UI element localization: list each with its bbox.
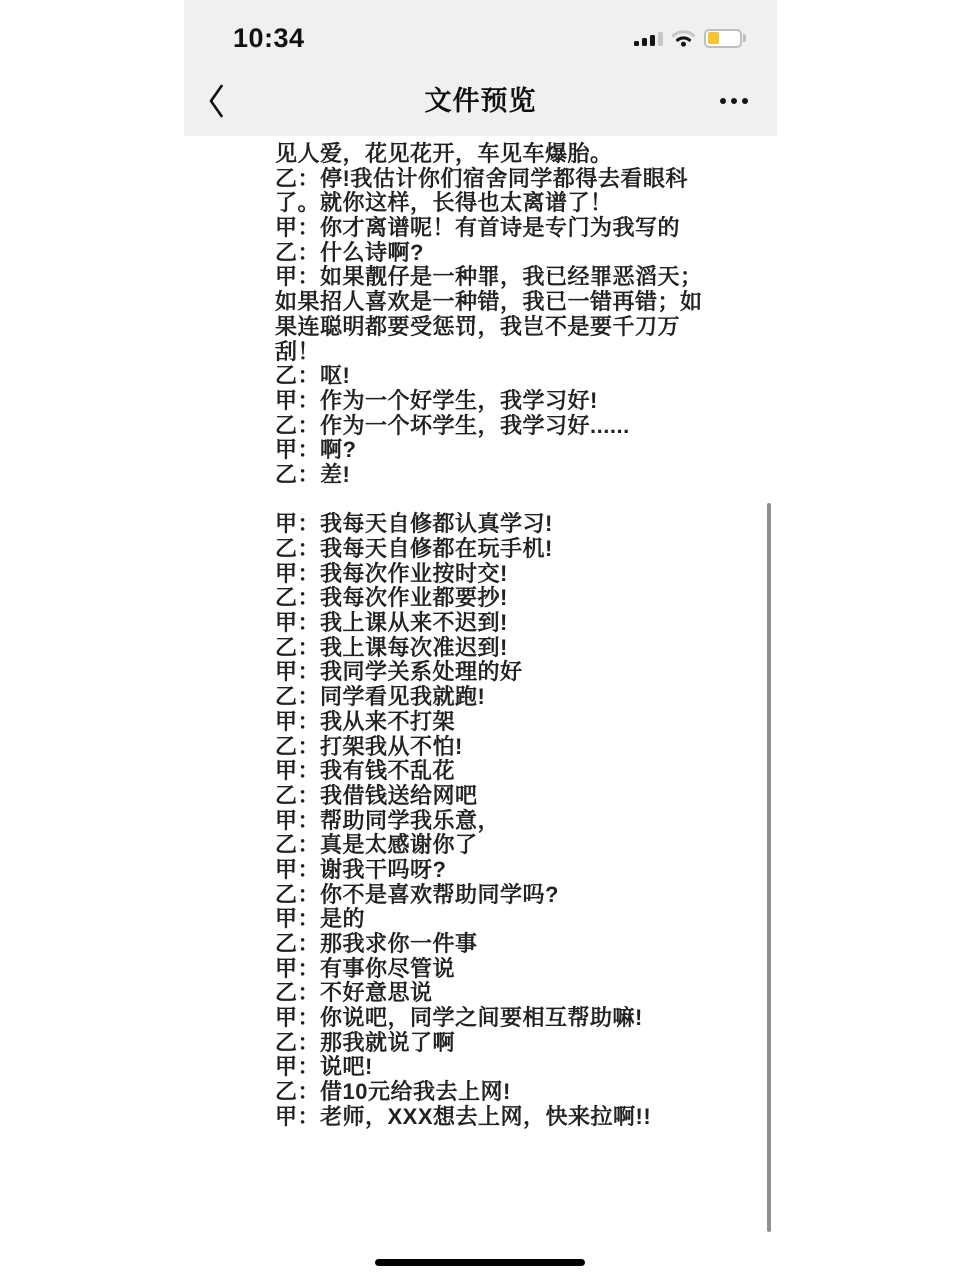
document-line: 甲：如果靓仔是一种罪，我已经罪恶滔天； <box>275 265 777 290</box>
document-line: 乙：借10元给我去上网! <box>275 1080 777 1105</box>
document-preview-content[interactable]: 见人爱，花见花开，车见车爆胎。乙：停!我估计你们宿舍同学都得去看眼科了。就你这样… <box>184 136 777 1130</box>
document-line: 乙：停!我估计你们宿舍同学都得去看眼科 <box>275 167 777 192</box>
document-line: 乙：我每次作业都要抄! <box>275 586 777 611</box>
document-line: 乙：真是太感谢你了 <box>275 833 777 858</box>
document-line: 甲：你说吧，同学之间要相互帮助嘛! <box>275 1006 777 1031</box>
status-time: 10:34 <box>233 23 305 54</box>
document-line: 甲：我从来不打架 <box>275 710 777 735</box>
document-line: 甲：是的 <box>275 907 777 932</box>
document-line: 甲：你才离谱呢！有首诗是专门为我写的 <box>275 216 777 241</box>
ellipsis-icon <box>720 98 748 104</box>
phone-screen: 10:34 <box>184 0 777 1280</box>
document-line: 甲：我上课从来不迟到! <box>275 611 777 636</box>
document-line: 乙：你不是喜欢帮助同学吗? <box>275 883 777 908</box>
document-line: 乙：我每天自修都在玩手机! <box>275 537 777 562</box>
document-line: 如果招人喜欢是一种错，我已一错再错；如 <box>275 290 777 315</box>
battery-icon <box>704 29 746 48</box>
status-bar: 10:34 <box>184 0 777 66</box>
wifi-icon <box>671 29 696 47</box>
header: 10:34 <box>184 0 777 136</box>
document-line: 甲：说吧! <box>275 1055 777 1080</box>
cellular-signal-icon <box>634 31 664 46</box>
document-line: 果连聪明都要受惩罚，我岂不是要千刀万 <box>275 315 777 340</box>
document-line: 乙：打架我从不怕! <box>275 735 777 760</box>
document-line: 刮！ <box>275 340 777 365</box>
document-line: 甲：我每次作业按时交! <box>275 562 777 587</box>
document-line: 乙：同学看见我就跑! <box>275 685 777 710</box>
scrollbar-thumb[interactable] <box>767 503 771 1232</box>
document-line: 乙：差! <box>275 463 777 488</box>
document-line: 甲：谢我干吗呀? <box>275 858 777 883</box>
document-line: 乙：我借钱送给网吧 <box>275 784 777 809</box>
home-indicator[interactable] <box>375 1259 585 1266</box>
document-line: 甲：老师，XXX想去上网，快来拉啊!! <box>275 1105 777 1130</box>
document-line: 甲：我有钱不乱花 <box>275 759 777 784</box>
document-line: 乙：我上课每次准迟到! <box>275 636 777 661</box>
document-line: 乙：呕! <box>275 364 777 389</box>
document-line: 甲：帮助同学我乐意， <box>275 809 777 834</box>
document-line: 乙：作为一个坏学生，我学习好...... <box>275 414 777 439</box>
screenshot-canvas: 10:34 <box>0 0 960 1280</box>
more-button[interactable] <box>720 90 748 112</box>
document-line: 乙：不好意思说 <box>275 981 777 1006</box>
document-line: 甲：有事你尽管说 <box>275 957 777 982</box>
document-line: 乙：什么诗啊? <box>275 241 777 266</box>
document-line <box>275 488 777 513</box>
document-line: 乙：那我求你一件事 <box>275 932 777 957</box>
document-line: 乙：那我就说了啊 <box>275 1031 777 1056</box>
document-line: 了。就你这样，长得也太离谱了！ <box>275 191 777 216</box>
document-line: 甲：啊? <box>275 438 777 463</box>
document-line: 甲：我每天自修都认真学习! <box>275 512 777 537</box>
document-line: 甲：作为一个好学生，我学习好! <box>275 389 777 414</box>
document-line: 见人爱，花见花开，车见车爆胎。 <box>275 142 777 167</box>
status-icons <box>634 29 747 48</box>
nav-bar: 文件预览 <box>184 66 777 136</box>
page-title: 文件预览 <box>184 79 777 118</box>
document-line: 甲：我同学关系处理的好 <box>275 660 777 685</box>
